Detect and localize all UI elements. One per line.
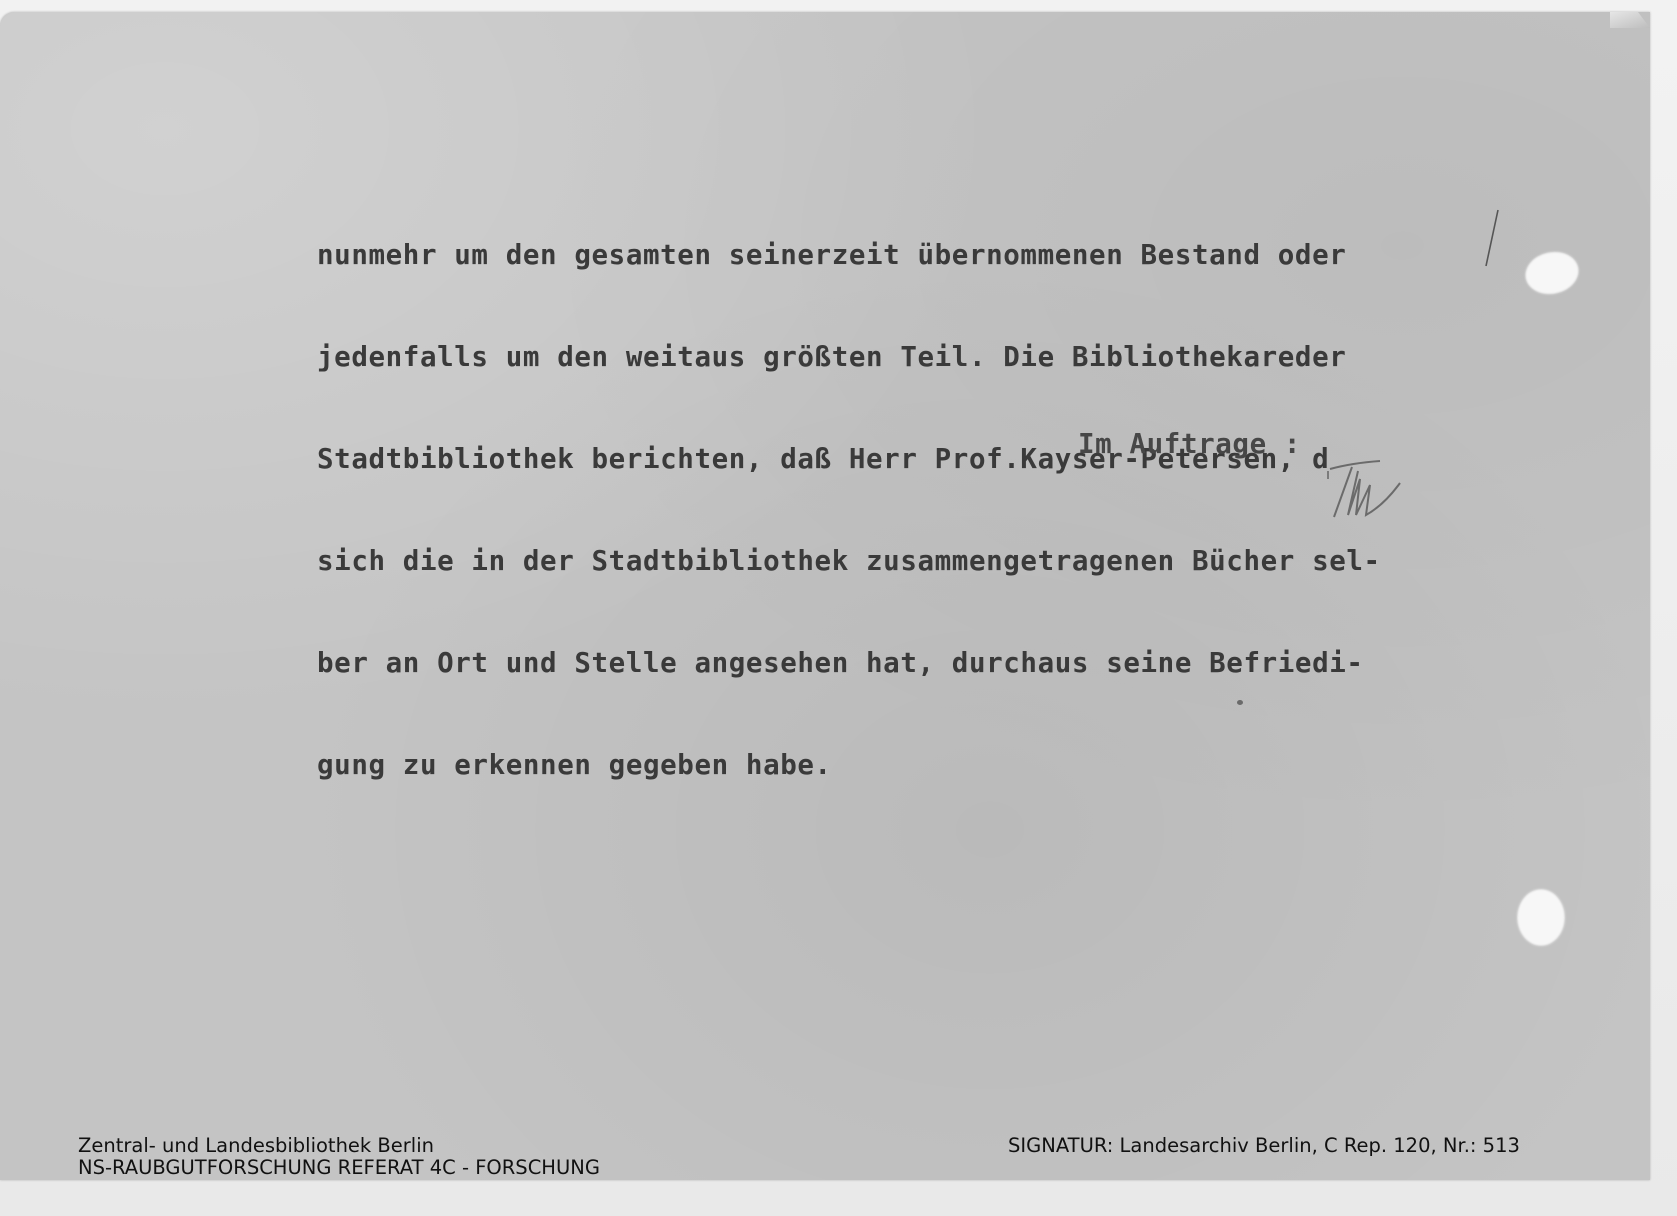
signature-icon [1322,455,1412,530]
closing-phrase: Im Auftrage : [1078,428,1301,460]
folded-corner [1610,12,1650,28]
body-line: sich die in der Stadtbibliothek zusammen… [317,544,1617,578]
footer-institution: Zentral- und Landesbibliothek Berlin NS-… [78,1135,600,1179]
pencil-correction-mark-icon [1482,208,1502,268]
body-line: ber an Ort und Stelle angesehen hat, dur… [317,646,1617,680]
body-line: Stadtbibliothek berichten, daß Herr Prof… [317,442,1617,476]
body-line: gung zu erkennen gegeben habe. [317,748,1617,782]
body-line: nunmehr um den gesamten seinerzeit übern… [317,238,1617,272]
typed-body-text: nunmehr um den gesamten seinerzeit übern… [317,170,1617,816]
punch-hole [1517,889,1565,946]
footer-signature-reference: SIGNATUR: Landesarchiv Berlin, C Rep. 12… [1008,1135,1520,1157]
footer-department: NS-RAUBGUTFORSCHUNG REFERAT 4C - FORSCHU… [78,1157,600,1179]
body-line: jedenfalls um den weitaus größten Teil. … [317,340,1617,374]
footer-library-name: Zentral- und Landesbibliothek Berlin [78,1135,600,1157]
paper-fleck [1237,700,1243,705]
